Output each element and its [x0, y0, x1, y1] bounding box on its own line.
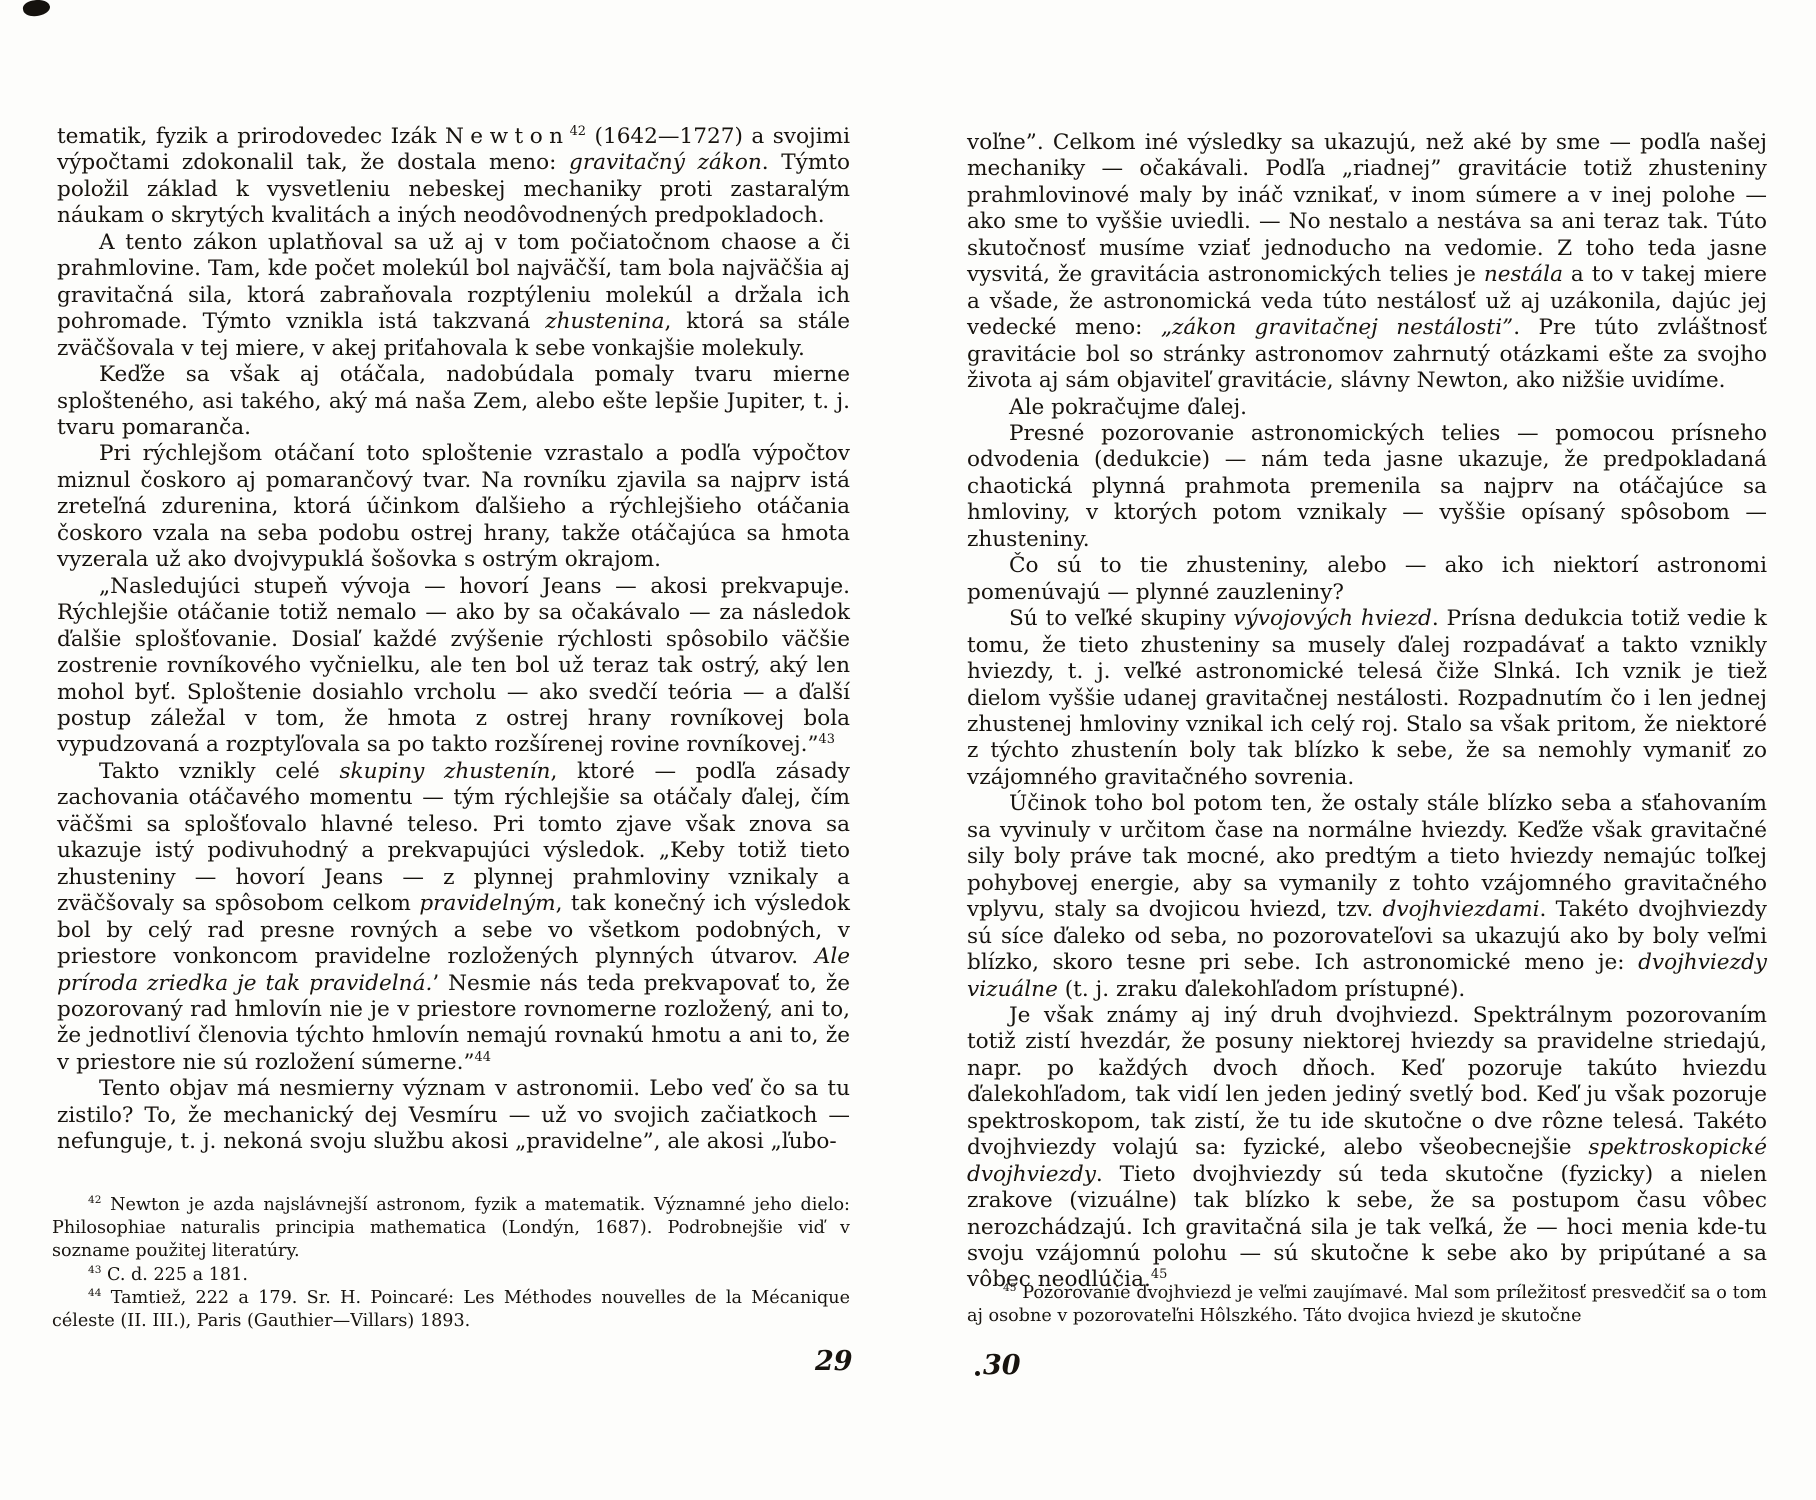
- text-segment: gravitačný zákon: [569, 150, 762, 175]
- text-segment: Newton: [445, 124, 570, 149]
- right-page-number: 30: [983, 1350, 1021, 1381]
- text-segment: C. d. 225 a 181.: [101, 1265, 248, 1285]
- text-segment: Takto vznikly celé: [99, 759, 339, 784]
- text-segment: skupiny zhustenín: [339, 759, 550, 784]
- body-paragraph: Sú to veľké skupiny vývojových hviezd. P…: [967, 606, 1767, 791]
- footnote-marker: 44: [475, 1050, 491, 1065]
- text-segment: Tento objav má nesmierny význam v astron…: [57, 1076, 850, 1154]
- text-segment: . Prísna dedukcia totiž vedie k tomu, že…: [967, 606, 1767, 790]
- text-segment: dvojhviezdami: [1383, 897, 1540, 922]
- body-paragraph: Takto vznikly celé skupiny zhustenín, kt…: [57, 759, 850, 1076]
- body-paragraph: Keďže sa však aj otáčala, nadobúdala pom…: [57, 362, 850, 441]
- text-segment: „Nasledujúci stupeň vývoja — hovorí Jean…: [57, 574, 850, 758]
- footnote-marker: 42: [88, 1194, 101, 1206]
- right-page-body-text: voľne”. Celkom iné výsledky sa ukazujú, …: [967, 130, 1767, 1294]
- ink-dot-artifact: [975, 1371, 980, 1376]
- left-page-number: 29: [815, 1346, 853, 1377]
- text-segment: Ale pokračujme ďalej.: [1009, 395, 1247, 420]
- text-segment: nestála: [1484, 262, 1563, 287]
- footnote: 43 C. d. 225 a 181.: [52, 1264, 850, 1287]
- text-segment: Newton je azda najslávnejší astronom, fy…: [52, 1195, 850, 1261]
- text-segment: Presné pozorovanie astronomických telies…: [967, 421, 1767, 552]
- body-paragraph: voľne”. Celkom iné výsledky sa ukazujú, …: [967, 130, 1767, 395]
- left-page-footnotes: 42 Newton je azda najslávnejší astronom,…: [52, 1194, 850, 1333]
- footnote: 42 Newton je azda najslávnejší astronom,…: [52, 1194, 850, 1264]
- footnote-marker: 45: [1151, 1267, 1167, 1282]
- book-spread: { "pages": [ { "number": "29", "body": […: [0, 0, 1816, 1500]
- text-segment: Keďže sa však aj otáčala, nadobúdala pom…: [57, 362, 850, 440]
- body-paragraph: Je však známy aj iný druh dvojhviezd. Sp…: [967, 1003, 1767, 1294]
- text-segment: Tamtiež, 222 a 179. Sr. H. Poincaré: Les…: [52, 1288, 850, 1331]
- footnote: 45 Pozorovanie dvojhviezd je veľmi zaují…: [967, 1282, 1767, 1328]
- text-segment: zhustenina: [545, 309, 664, 334]
- body-paragraph: A tento zákon uplatňoval sa už aj v tom …: [57, 230, 850, 362]
- footnote-marker: 43: [88, 1264, 101, 1276]
- body-paragraph: Účinok toho bol potom ten, že ostaly stá…: [967, 791, 1767, 1003]
- text-segment: (t. j. zraku ďalekohľadom prístupné).: [1058, 977, 1465, 1002]
- body-paragraph: tematik, fyzik a prirodovedec Izák Newto…: [57, 124, 850, 230]
- left-page-body-text: tematik, fyzik a prirodovedec Izák Newto…: [57, 124, 850, 1156]
- body-paragraph: Tento objav má nesmierny význam v astron…: [57, 1076, 850, 1155]
- footnote-marker: 43: [819, 732, 835, 747]
- body-paragraph: Pri rýchlejšom otáčaní toto sploštenie v…: [57, 441, 850, 573]
- body-paragraph: Čo sú to tie zhusteniny, alebo — ako ich…: [967, 553, 1767, 606]
- body-paragraph: „Nasledujúci stupeň vývoja — hovorí Jean…: [57, 574, 850, 759]
- text-segment: Pozorovanie dvojhviezd je veľmi zaujímav…: [967, 1283, 1767, 1326]
- body-paragraph: Presné pozorovanie astronomických telies…: [967, 421, 1767, 553]
- footnote-marker: 45: [1003, 1282, 1016, 1294]
- text-segment: vývojových hviezd: [1233, 606, 1432, 631]
- body-paragraph: Ale pokračujme ďalej.: [967, 395, 1767, 421]
- footnote-marker: 44: [88, 1287, 101, 1299]
- text-segment: pravidelným: [419, 891, 555, 916]
- scan-ink-speck: [22, 0, 51, 18]
- text-segment: Sú to veľké skupiny: [1009, 606, 1233, 631]
- text-segment: tematik, fyzik a prirodovedec Izák: [57, 124, 445, 149]
- text-segment: Pri rýchlejšom otáčaní toto sploštenie v…: [57, 441, 850, 572]
- footnote-marker: 42: [570, 124, 586, 139]
- text-segment: Čo sú to tie zhusteniny, alebo — ako ich…: [967, 553, 1767, 604]
- right-page-footnotes: 45 Pozorovanie dvojhviezd je veľmi zaují…: [967, 1282, 1767, 1328]
- footnote: 44 Tamtiež, 222 a 179. Sr. H. Poincaré: …: [52, 1287, 850, 1333]
- text-segment: „zákon gravitačnej nestálosti”: [1161, 315, 1513, 340]
